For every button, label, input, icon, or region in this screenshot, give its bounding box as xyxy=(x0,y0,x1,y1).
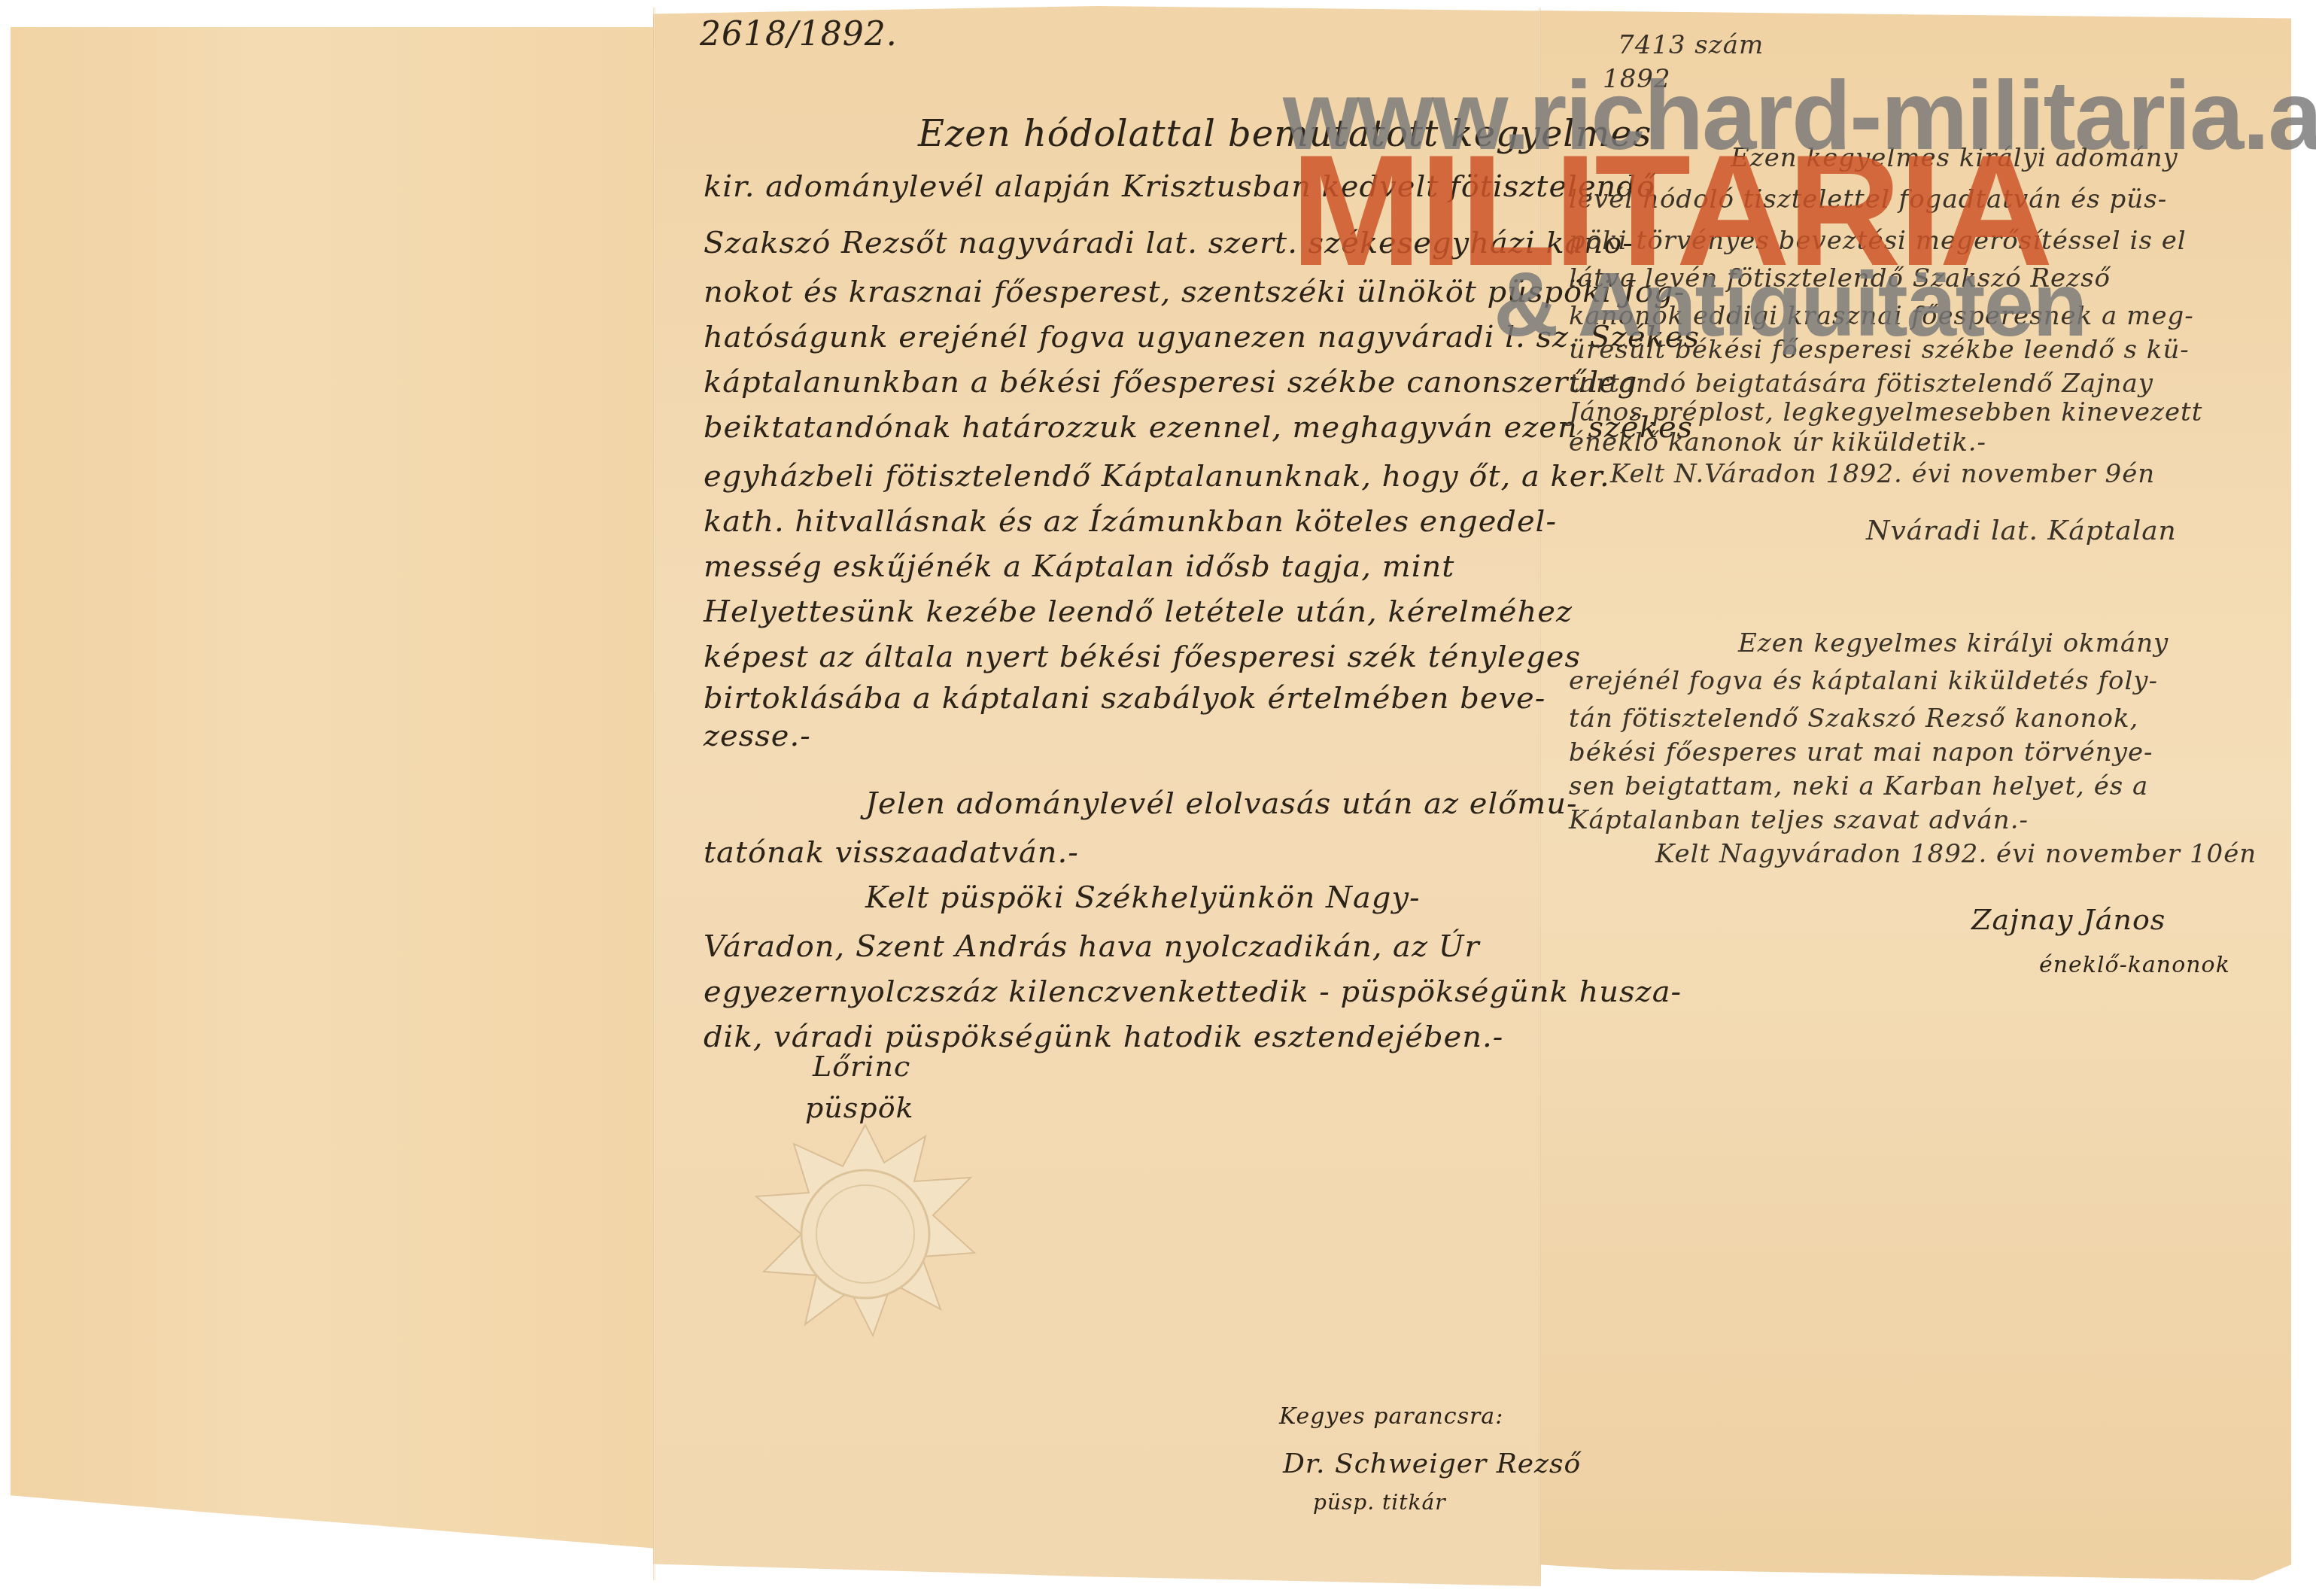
body-line: kath. hitvallásnak és az Ízámunkban köte… xyxy=(704,504,1557,539)
body-line: káptalanunkban a békési főesperesi székb… xyxy=(704,365,1637,400)
body-line: beiktatandónak határozzuk ezennel, megha… xyxy=(704,410,1693,445)
final-signature-name: Zajnay János xyxy=(1971,903,2166,936)
body-line: egyezernyolczszáz kilenczvenkettedik - p… xyxy=(704,974,1682,1009)
fold-line-left xyxy=(653,8,655,1580)
body-line: békési főesperes urat mai napon törvénye… xyxy=(1569,737,2153,768)
reference-number: 2618/1892. xyxy=(700,15,898,53)
body-line: Kelt püspöki Székhelyünkön Nagy- xyxy=(865,880,1421,915)
embossed-seal-icon xyxy=(752,1121,978,1339)
body-line: zesse.- xyxy=(704,719,811,753)
body-line: képest az általa nyert békési főesperesi… xyxy=(704,640,1581,674)
left-panel xyxy=(11,27,658,1549)
body-line: János préplost, legkegyelmesebben kineve… xyxy=(1569,397,2202,427)
right-reference-number: 7413 szám xyxy=(1618,30,1764,60)
body-line: éneklő kanonok úr kiküldetik.- xyxy=(1569,427,1986,458)
body-line: tatónak visszaadatván.- xyxy=(704,835,1079,870)
dated-line: Kelt N.Váradon 1892. évi november 9én xyxy=(1610,459,2155,489)
body-line: Káptalanban teljes szavat adván.- xyxy=(1569,805,2029,835)
chapter-signature: Nváradi lat. Káptalan xyxy=(1866,515,2177,546)
bishop-signature-name: Lőrinc xyxy=(813,1050,910,1083)
body-line: egyházbeli fötisztelendő Káptalanunknak,… xyxy=(704,459,1610,494)
body-line: Váradon, Szent András hava nyolczadikán,… xyxy=(704,929,1480,964)
body-line: tán fötisztelendő Szakszó Rezső kanonok, xyxy=(1569,704,2138,734)
body-line: Ezen kegyelmes királyi okmány xyxy=(1738,628,2169,658)
body-line: tartandó beigtatására fötisztelendő Zajn… xyxy=(1569,369,2153,399)
body-line: Helyettesünk kezébe leendő letétele után… xyxy=(704,594,1573,629)
countersign-title: püsp. titkár xyxy=(1313,1490,1446,1515)
bishop-signature-title: püspök xyxy=(805,1091,914,1124)
final-signature-title: éneklő-kanonok xyxy=(2039,952,2230,978)
watermark-subtitle: & Antiquitäten xyxy=(1494,260,2086,350)
countersign-line: Kegyes parancsra: xyxy=(1279,1403,1503,1430)
body-line: sen beigtattam, neki a Karban helyet, és… xyxy=(1569,771,2148,801)
body-line: erejénél fogva és káptalani kiküldetés f… xyxy=(1569,666,2158,696)
body-line: birtoklásába a káptalani szabályok értel… xyxy=(704,681,1546,716)
body-line: messég eskűjénék a Káptalan idősb tagja,… xyxy=(704,549,1454,584)
countersign-name: Dr. Schweiger Rezső xyxy=(1283,1449,1581,1479)
body-line: Jelen adománylevél elolvasás után az elő… xyxy=(865,786,1578,821)
dated-line: Kelt Nagyváradon 1892. évi november 10én xyxy=(1655,839,2257,869)
